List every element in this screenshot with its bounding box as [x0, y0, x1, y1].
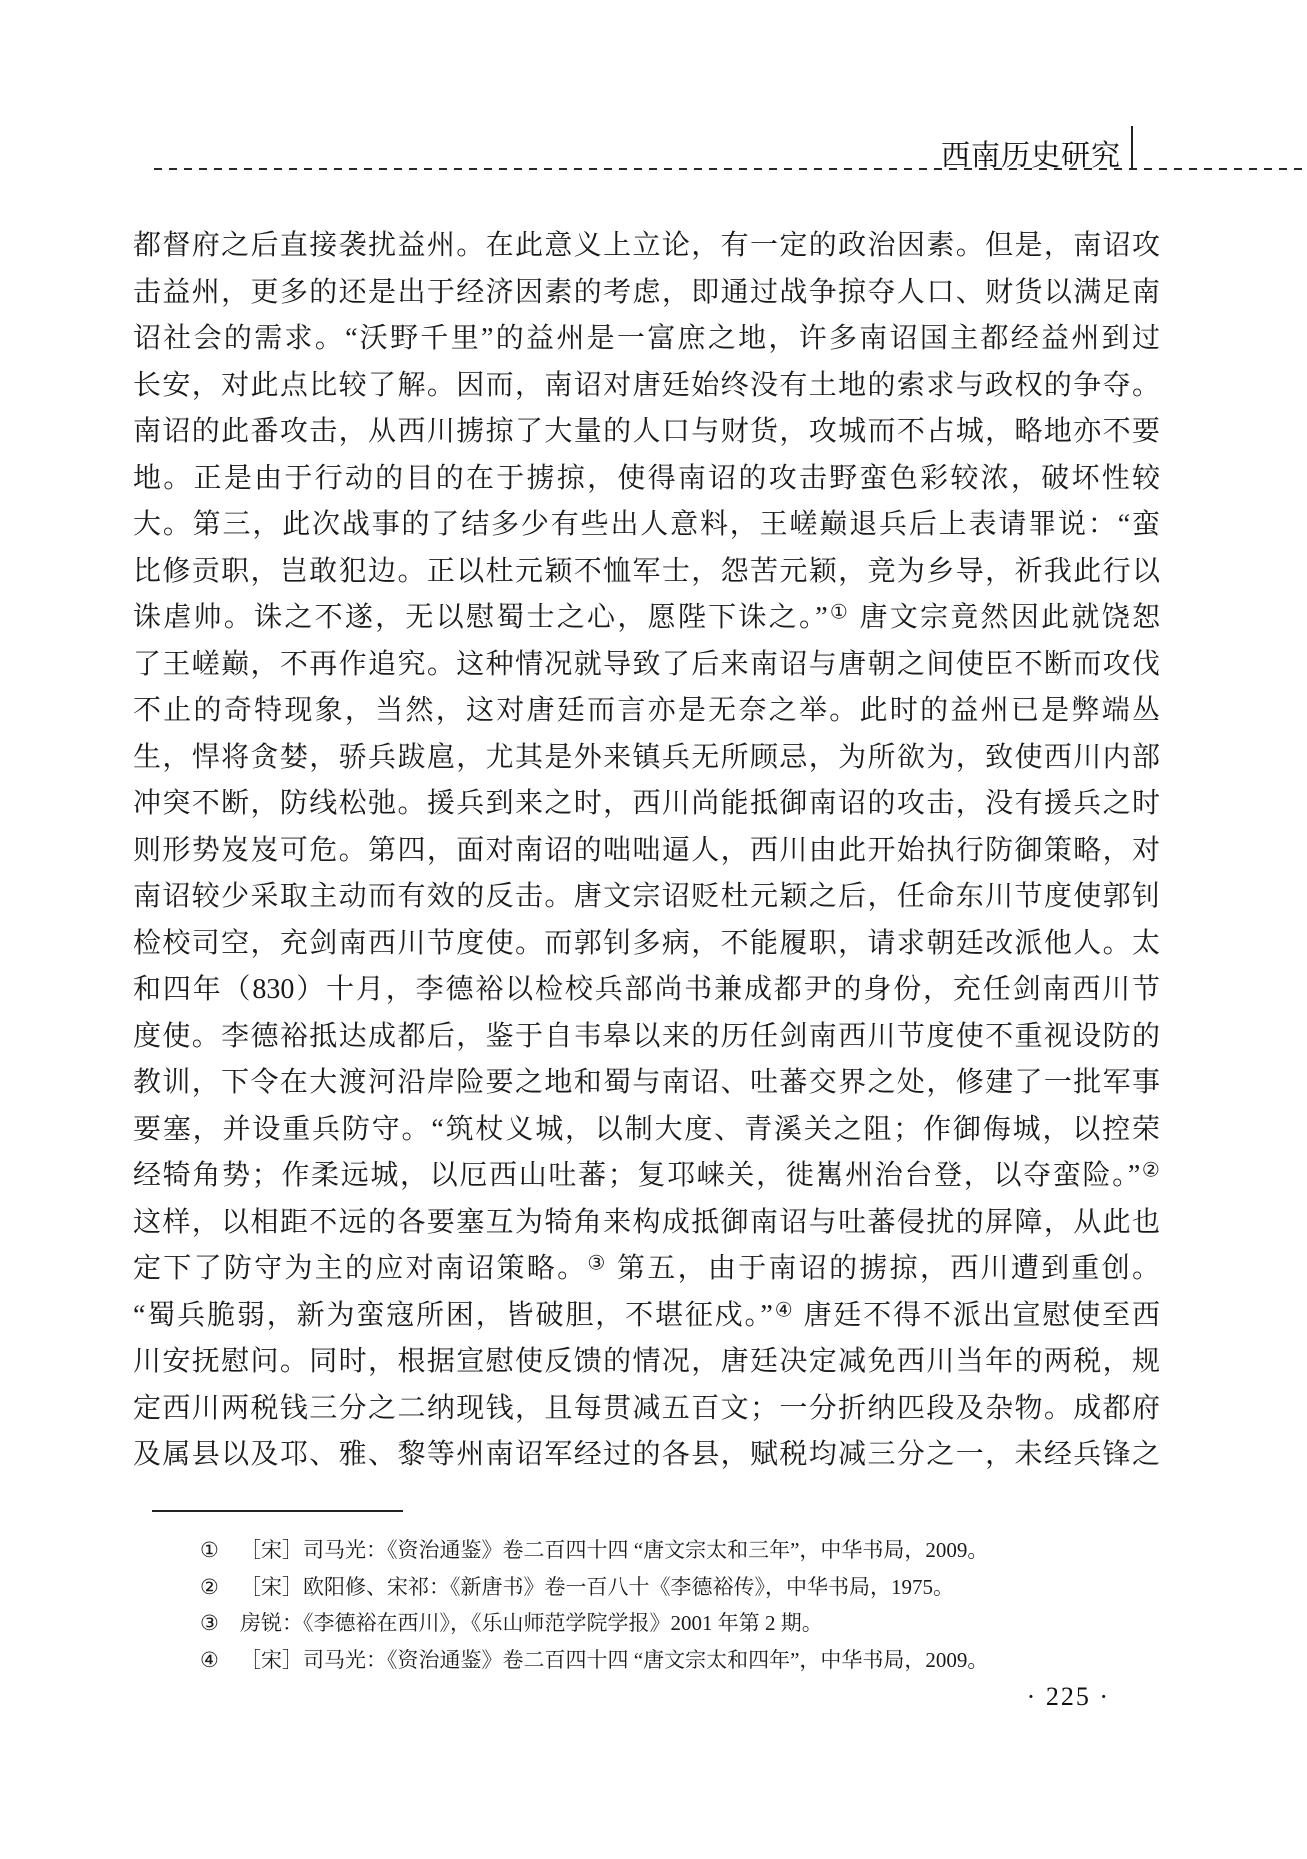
body-line: “蜀兵脆弱，新为蛮寇所困，皆破胆，不堪征戍。”④ 唐廷不得不派出宣慰使至西 — [133, 1293, 1160, 1340]
body-line: 经犄角势；作柔远城，以厄西山吐蕃；复邛崃关，徙嶲州治台登，以夺蛮险。”② — [133, 1153, 1160, 1200]
footnote-marker: ④ — [200, 1642, 219, 1679]
footnote-item: ③ 房锐：《李德裕在西川》，《乐山师范学院学报》2001 年第 2 期。 — [133, 1605, 1173, 1642]
body-line: 比修贡职，岂敢犯边。正以杜元颖不恤军士，怨苦元颖，竞为乡导，祈我此行以 — [133, 549, 1160, 596]
footnote-ref-icon: ② — [1140, 1159, 1160, 1181]
body-line: 及属县以及邛、雅、黎等州南诏军经过的各县，赋税均减三分之一，未经兵锋之 — [133, 1432, 1160, 1479]
body-line: 教训，下令在大渡河沿岸险要之地和蜀与南诏、吐蕃交界之处，修建了一批军事 — [133, 1060, 1160, 1107]
body-line: 川安抚慰问。同时，根据宣慰使反馈的情况，唐廷决定减免西川当年的两税，规 — [133, 1339, 1160, 1386]
body-line: 大。第三，此次战事的了结多少有些出人意料，王嵯巅退兵后上表请罪说：“蛮 — [133, 502, 1160, 549]
footnote-text: 房锐：《李德裕在西川》，《乐山师范学院学报》2001 年第 2 期。 — [240, 1611, 823, 1635]
body-line: 地。正是由于行动的目的在于掳掠，使得南诏的攻击野蛮色彩较浓，破坏性较 — [133, 456, 1160, 503]
footnote-item: ① ［宋］司马光：《资治通鉴》卷二百四十四 “唐文宗太和三年”，中华书局，200… — [133, 1532, 1173, 1569]
body-line: 了王嵯巅，不再作追究。这种情况就导致了后来南诏与唐朝之间使臣不断而攻伐 — [133, 642, 1160, 689]
body-line: 不止的奇特现象，当然，这对唐廷而言亦是无奈之举。此时的益州已是弊端丛 — [133, 688, 1160, 735]
running-head-divider-bar — [1131, 126, 1133, 170]
body-line: 和四年（830）十月，李德裕以检校兵部尚书兼成都尹的身份，充任剑南西川节 — [133, 967, 1160, 1014]
body-line: 南诏的此番攻击，从西川掳掠了大量的人口与财货，攻城而不占城，略地亦不要 — [133, 409, 1160, 456]
body-line: 诛虐帅。诛之不遂，无以慰蜀士之心，愿陛下诛之。”① 唐文宗竟然因此就饶恕 — [133, 595, 1160, 642]
footnote-ref-icon: ③ — [587, 1252, 607, 1274]
footnotes: ① ［宋］司马光：《资治通鉴》卷二百四十四 “唐文宗太和三年”，中华书局，200… — [133, 1532, 1173, 1678]
footnote-separator-rule — [152, 1510, 403, 1512]
footnote-marker: ③ — [200, 1605, 219, 1642]
body-line: 击益州，更多的还是出于经济因素的考虑，即通过战争掠夺人口、财货以满足南 — [133, 270, 1160, 317]
footnote-item: ④ ［宋］司马光：《资治通鉴》卷二百四十四 “唐文宗太和四年”，中华书局，200… — [133, 1642, 1173, 1679]
body-line: 要塞，并设重兵防守。“筑杖义城，以制大度、青溪关之阻；作御侮城，以控荣 — [133, 1107, 1160, 1154]
footnote-ref-icon: ① — [828, 601, 851, 623]
footnote-item: ② ［宋］欧阳修、宋祁：《新唐书》卷一百八十《李德裕传》，中华书局，1975。 — [133, 1569, 1173, 1606]
body-line: 南诏较少采取主动而有效的反击。唐文宗诏贬杜元颖之后，任命东川节度使郭钊 — [133, 874, 1160, 921]
book-page: 西南历史研究 都督府之后直接袭扰益州。在此意义上立论，有一定的政治因素。但是，南… — [0, 0, 1307, 1859]
body-line: 检校司空，充剑南西川节度使。而郭钊多病，不能履职，请求朝廷改派他人。太 — [133, 921, 1160, 968]
body-line: 定西川两税钱三分之二纳现钱，且每贯减五百文；一分折纳匹段及杂物。成都府 — [133, 1386, 1160, 1433]
body-line: 则形势岌岌可危。第四，面对南诏的咄咄逼人，西川由此开始执行防御策略，对 — [133, 828, 1160, 875]
footnote-ref-icon: ④ — [773, 1299, 795, 1321]
footnote-marker: ② — [200, 1569, 219, 1606]
footnote-marker: ① — [200, 1532, 219, 1569]
running-head-dashed-rule — [154, 168, 1307, 170]
footnote-text: ［宋］欧阳修、宋祁：《新唐书》卷一百八十《李德裕传》，中华书局，1975。 — [240, 1575, 954, 1599]
body-line: 这样，以相距不远的各要塞互为犄角来构成抵御南诏与吐蕃侵扰的屏障，从此也 — [133, 1200, 1160, 1247]
footnote-text: ［宋］司马光：《资治通鉴》卷二百四十四 “唐文宗太和三年”，中华书局，2009。 — [240, 1538, 988, 1562]
body-line: 长安，对此点比较了解。因而，南诏对唐廷始终没有土地的索求与政权的争夺。 — [133, 363, 1160, 410]
body-line: 度使。李德裕抵达成都后，鉴于自韦皋以来的历任剑南西川节度使不重视设防的 — [133, 1014, 1160, 1061]
page-number: · 225 · — [1027, 1682, 1110, 1712]
body-line: 定下了防守为主的应对南诏策略。③ 第五，由于南诏的掳掠，西川遭到重创。 — [133, 1246, 1160, 1293]
body-text: 都督府之后直接袭扰益州。在此意义上立论，有一定的政治因素。但是，南诏攻 击益州，… — [133, 223, 1160, 1479]
body-line: 诏社会的需求。“沃野千里”的益州是一富庶之地，许多南诏国主都经益州到过 — [133, 316, 1160, 363]
body-line: 冲突不断，防线松弛。援兵到来之时，西川尚能抵御南诏的攻击，没有援兵之时 — [133, 781, 1160, 828]
footnote-text: ［宋］司马光：《资治通鉴》卷二百四十四 “唐文宗太和四年”，中华书局，2009。 — [240, 1648, 988, 1672]
body-line: 都督府之后直接袭扰益州。在此意义上立论，有一定的政治因素。但是，南诏攻 — [133, 223, 1160, 270]
body-line: 生，悍将贪婪，骄兵跋扈，尤其是外来镇兵无所顾忌，为所欲为，致使西川内部 — [133, 735, 1160, 782]
